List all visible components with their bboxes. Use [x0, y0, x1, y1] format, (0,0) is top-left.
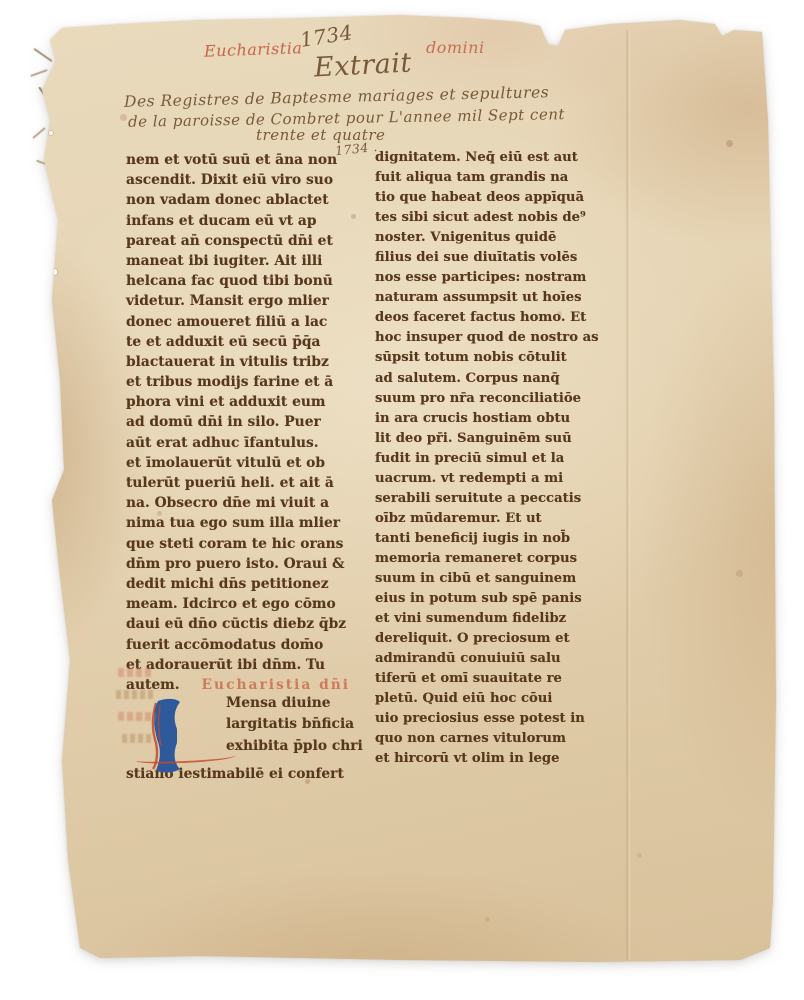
manuscript-line: sūpsit totum nobis cōtulit: [375, 348, 585, 368]
show-through-stain: [118, 668, 154, 677]
manuscript-line: largitatis bn̄ficia: [226, 714, 363, 735]
manuscript-line: aūt erat adhuc īfantulus.: [126, 433, 366, 453]
foxing-specks: [38, 12, 41, 15]
manuscript-line: maneat ibi iugiter. Ait illi: [126, 251, 366, 271]
manuscript-leaf-wrap: Eucharistia 1734 domini Extrait Des Regi…: [38, 12, 778, 968]
manuscript-line: ad salutem. Corpus nanq̄: [375, 369, 585, 389]
manuscript-line: in ara crucis hostiam obtu: [375, 409, 585, 429]
manuscript-line: dedit michi dn̄s petitionez: [126, 574, 366, 594]
manuscript-line: suum pro nr̄a reconciliatiōe: [375, 389, 585, 409]
manuscript-line: donec amoueret filiū a lac: [126, 312, 366, 332]
manuscript-line: tio que habeat deos appīquā: [375, 188, 585, 208]
decorated-initial-block: Mensa diuinelargitatis bn̄ficiaexhibita …: [126, 695, 366, 757]
manuscript-line: tes sibi sicut adest nobis de⁹: [375, 208, 585, 228]
rubric-annotation-left: Eucharistia: [204, 38, 303, 60]
catchword-row: autem. Eucharistia dn̄i: [126, 675, 366, 695]
manuscript-line: memoria remaneret corpus: [375, 549, 585, 569]
manuscript-line: quo non carnes vitulorum: [375, 729, 585, 749]
frayed-thread: [32, 127, 46, 139]
manuscript-line: uio preciosius esse potest in: [375, 709, 585, 729]
manuscript-line: Mensa diuine: [226, 693, 363, 714]
manuscript-line: que steti coram te hic orans: [126, 534, 366, 554]
manuscript-line: fuit aliqua tam grandis na: [375, 168, 585, 188]
show-through-stain: [122, 734, 152, 743]
frayed-thread: [30, 69, 48, 77]
manuscript-line: blactauerat in vitulis tribz: [126, 352, 366, 372]
red-rubric: Eucharistia dn̄i: [202, 675, 350, 695]
manuscript-line: noster. Vnigenitus quidē: [375, 228, 585, 248]
manuscript-line: meam. Idcirco et ego cōmo: [126, 594, 366, 614]
manuscript-line: dn̄m pro puero isto. Oraui &: [126, 554, 366, 574]
manuscript-line: infans et ducam eū vt ap: [126, 211, 366, 231]
frayed-thread: [33, 48, 52, 62]
manuscript-line: na. Obsecro dn̄e mi viuit a: [126, 493, 366, 513]
manuscript-line: eius in potum sub spē panis: [375, 589, 585, 609]
manuscript-line: et hircorū vt olim in lege: [375, 749, 585, 769]
photo-canvas: Eucharistia 1734 domini Extrait Des Regi…: [0, 0, 804, 1000]
extrait-title: Extrait: [313, 47, 412, 83]
manuscript-line: et īmolauerūt vitulū et ob: [126, 453, 366, 473]
initial-adjacent-lines: Mensa diuinelargitatis bn̄ficiaexhibita …: [226, 693, 363, 757]
text-column-left: nem et votū suū et āna nonascendit. Dixi…: [126, 150, 366, 782]
manuscript-line: hoc insuper quod de nostro as: [375, 328, 585, 348]
manuscript-line: dereliquit. O preciosum et: [375, 629, 585, 649]
manuscript-line: et adorauerūt ibi dn̄m. Tu: [126, 655, 366, 675]
manuscript-line: nem et votū suū et āna non: [126, 150, 366, 170]
manuscript-line: pareat an̄ conspectū dn̄i et: [126, 231, 366, 251]
manuscript-line: et tribus modijs farine et ā: [126, 372, 366, 392]
manuscript-line: naturam assumpsit ut hoīes: [375, 288, 585, 308]
show-through-stain: [118, 712, 156, 722]
manuscript-line: nos esse participes: nostram: [375, 268, 585, 288]
manuscript-line: et vini sumendum fidelibz: [375, 609, 585, 629]
manuscript-line: videtur. Mansit ergo mlier: [126, 291, 366, 311]
manuscript-line: oībz mūdaremur. Et ut: [375, 509, 585, 529]
left-column-lines: nem et votū suū et āna nonascendit. Dixi…: [126, 150, 366, 675]
manuscript-line: ad domū dn̄i in silo. Puer: [126, 412, 366, 432]
manuscript-line: admirandū conuiuiū salu: [375, 649, 585, 669]
manuscript-line: tulerūt pueriū heli. et ait ā: [126, 473, 366, 493]
manuscript-line: exhibita p̄plo chri: [226, 736, 363, 757]
manuscript-line: fuerit accōmodatus dom̄o: [126, 635, 366, 655]
manuscript-line: te et adduxit eū secū p̄q̄a: [126, 332, 366, 352]
manuscript-line: phora vini et adduxit eum: [126, 392, 366, 412]
rubric-annotation-right: domini: [426, 38, 485, 57]
manuscript-line: serabili seruitute a peccatis: [375, 489, 585, 509]
manuscript-line: uacrum. vt redempti a mi: [375, 469, 585, 489]
parchment-leaf: Eucharistia 1734 domini Extrait Des Regi…: [38, 12, 778, 968]
red-penwork-swash: [136, 751, 236, 764]
manuscript-line: deos faceret factus homo. Et: [375, 308, 585, 328]
manuscript-line: fudit in preciū simul et la: [375, 449, 585, 469]
manuscript-line: lit deo pr̄i. Sanguinēm suū: [375, 429, 585, 449]
manuscript-line: helcana fac quod tibi bonū: [126, 271, 366, 291]
fold-crease: [626, 30, 630, 960]
right-column-lines: dignitatem. Neq̄ eiū est autfuit aliqua …: [375, 148, 585, 769]
manuscript-line: daui eū dn̄o cūctis diebz q̄bz: [126, 614, 366, 634]
text-column-right: dignitatem. Neq̄ eiū est autfuit aliqua …: [375, 148, 585, 769]
manuscript-line: filius dei sue diuītatis volēs: [375, 248, 585, 268]
manuscript-line: tiferū et omī suauitate re: [375, 669, 585, 689]
year-annotation: 1734: [298, 20, 354, 52]
manuscript-line: ascendit. Dixit eiū viro suo: [126, 170, 366, 190]
wormhole: [48, 130, 54, 136]
manuscript-line: nima tua ego sum illa mlier: [126, 513, 366, 533]
manuscript-line: pletū. Quid eiū hoc cōui: [375, 689, 585, 709]
manuscript-line: suum in cibū et sanguinem: [375, 569, 585, 589]
manuscript-line: tanti beneficij iugis in nob̄: [375, 529, 585, 549]
wormhole: [53, 268, 58, 276]
manuscript-line: non vadam donec ablactet: [126, 190, 366, 210]
manuscript-line: dignitatem. Neq̄ eiū est aut: [375, 148, 585, 168]
show-through-stain: [116, 690, 156, 699]
